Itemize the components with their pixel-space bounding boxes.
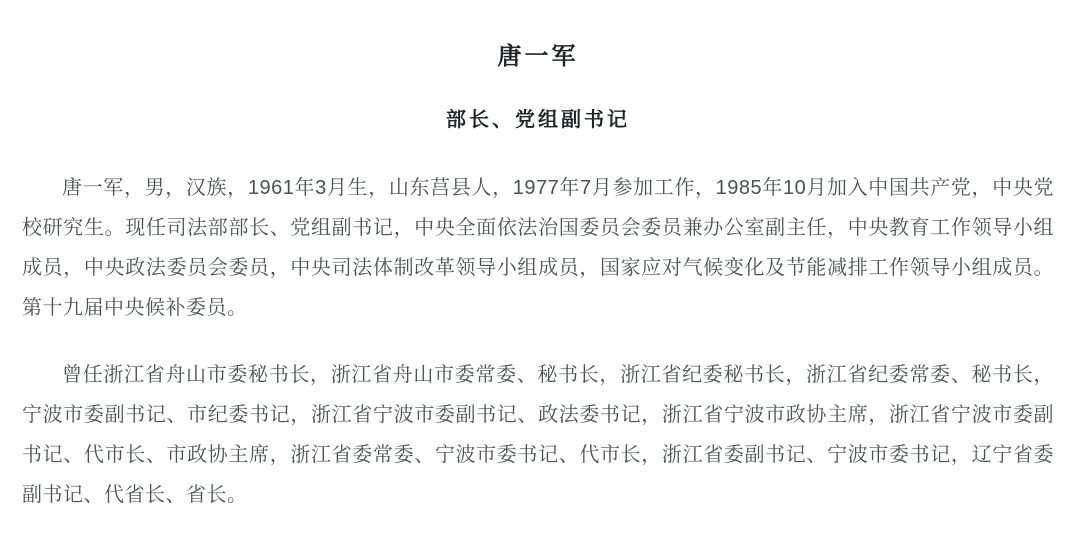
bio-paragraph-current-position: 唐一军，男，汉族，1961年3月生，山东莒县人，1977年7月参加工作，1985…	[22, 168, 1054, 328]
bio-page: 唐一军 部长、党组副书记 唐一军，男，汉族，1961年3月生，山东莒县人，197…	[0, 0, 1080, 536]
page-title: 唐一军	[22, 41, 1054, 73]
page-subtitle: 部长、党组副书记	[22, 106, 1054, 134]
bio-paragraph-past-positions: 曾任浙江省舟山市委秘书长，浙江省舟山市委常委、秘书长，浙江省纪委秘书长，浙江省纪…	[22, 355, 1054, 515]
